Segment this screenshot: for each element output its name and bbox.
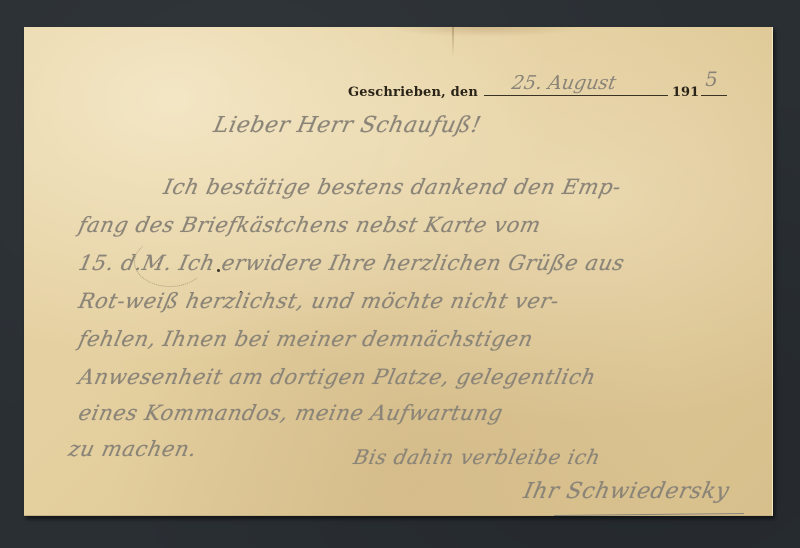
letter-line: fang des Briefkästchens nebst Karte vom xyxy=(76,213,543,237)
date-blank-line: 25. August xyxy=(484,79,668,96)
printed-date-header: Geschrieben, den 25. August 191 5 xyxy=(348,79,727,100)
year-blank-line: 5 xyxy=(701,79,727,96)
letter-line: Rot-weiß herzlichst, und möchte nicht ve… xyxy=(76,289,561,313)
handwritten-date: 25. August xyxy=(510,72,618,94)
signature: Ihr Schwiedersky xyxy=(521,479,731,504)
letter-line: Ich bestätige bestens dankend den Emp- xyxy=(161,175,623,199)
printed-year-prefix: 191 xyxy=(672,85,699,100)
letter-line: Anwesenheit am dortigen Platze, gelegent… xyxy=(76,365,598,389)
edge-wear xyxy=(384,27,584,37)
letter-line: zu machen. xyxy=(66,437,199,461)
handwritten-year-digit: 5 xyxy=(705,67,718,91)
closing-line: Bis dahin verbleibe ich xyxy=(351,445,602,469)
signature-underline xyxy=(554,513,744,516)
paper-crease xyxy=(452,27,454,57)
printed-label: Geschrieben, den xyxy=(348,85,478,100)
letter-line: fehlen, Ihnen bei meiner demnächstigen xyxy=(76,327,535,351)
letter-line: 15. d.M. Ich erwidere Ihre herzlichen Gr… xyxy=(76,251,626,275)
postcard: Geschrieben, den 25. August 191 5 Lieber… xyxy=(24,27,773,516)
letter-line: eines Kommandos, meine Aufwartung xyxy=(76,401,505,425)
salutation: Lieber Herr Schaufuß! xyxy=(211,113,483,138)
